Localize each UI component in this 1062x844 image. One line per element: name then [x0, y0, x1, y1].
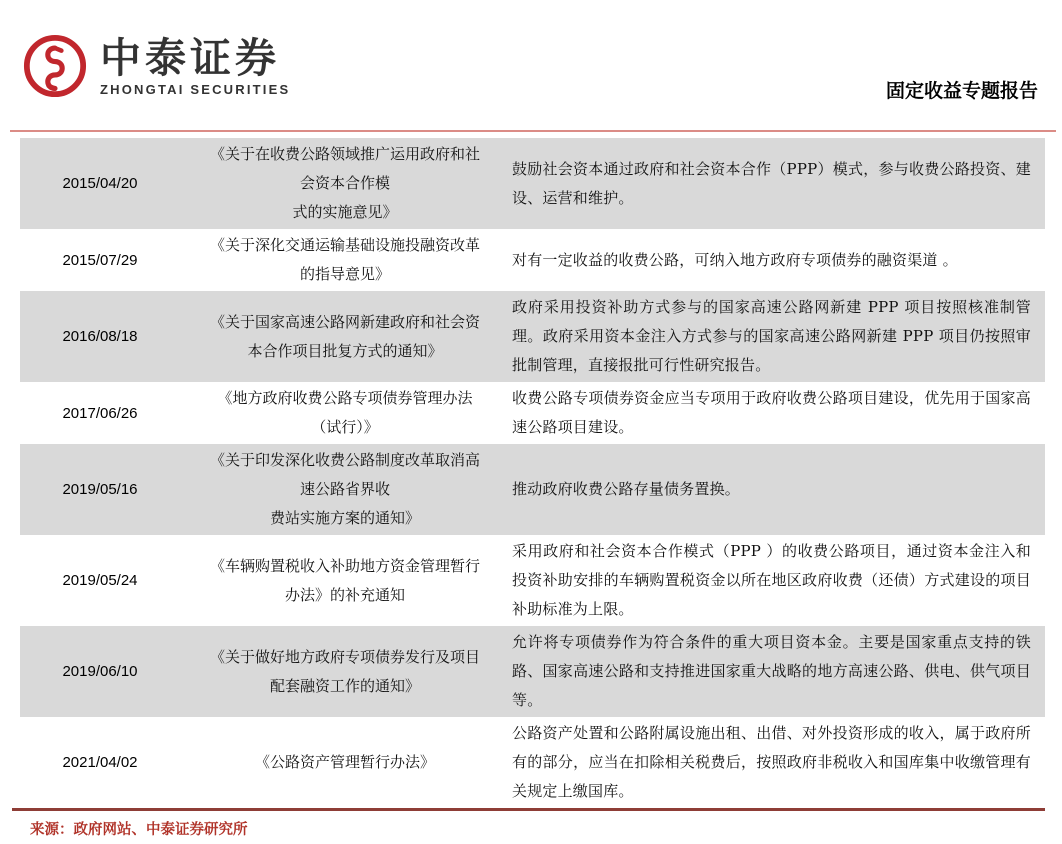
table-row: 2016/08/18 《关于国家高速公路网新建政府和社会资 本合作项目批复方式的…: [20, 291, 1045, 382]
policy-cell: 《车辆购置税收入补助地方资金管理暂行 办法》的补充通知: [180, 552, 510, 610]
policy-cell: 《关于深化交通运输基础设施投融资改革 的指导意见》: [180, 231, 510, 289]
policy-cell: 《关于印发深化收费公路制度改革取消高 速公路省界收 费站实施方案的通知》: [180, 446, 510, 533]
header-divider: [10, 130, 1056, 132]
page-header: 中泰证券 ZHONGTAI SECURITIES 固定收益专题报告: [0, 0, 1062, 132]
desc-cell: 鼓励社会资本通过政府和社会资本合作（PPP）模式，参与收费公路投资、建设、运营和…: [510, 155, 1045, 213]
desc-cell: 对有一定收益的收费公路，可纳入地方政府专项债券的融资渠道 。: [510, 246, 1045, 275]
date-cell: 2019/06/10: [20, 663, 180, 680]
zhongtai-logo: 中泰证券 ZHONGTAI SECURITIES: [23, 34, 290, 98]
policy-cell: 《公路资产管理暂行办法》: [180, 748, 510, 777]
date-cell: 2019/05/24: [20, 572, 180, 589]
desc-cell: 允许将专项债券作为符合条件的重大项目资本金。主要是国家重点支持的铁路、国家高速公…: [510, 628, 1045, 715]
desc-cell: 政府采用投资补助方式参与的国家高速公路网新建 PPP 项目按照核准制管理。政府采…: [510, 293, 1045, 380]
table-row: 2021/04/02 《公路资产管理暂行办法》 公路资产处置和公路附属设施出租、…: [20, 717, 1045, 808]
table-row: 2015/07/29 《关于深化交通运输基础设施投融资改革 的指导意见》 对有一…: [20, 229, 1045, 291]
date-cell: 2016/08/18: [20, 328, 180, 345]
table-row: 2019/05/16 《关于印发深化收费公路制度改革取消高 速公路省界收 费站实…: [20, 444, 1045, 535]
logo-cn-text: 中泰证券: [100, 36, 290, 80]
desc-cell: 公路资产处置和公路附属设施出租、出借、对外投资形成的收入，属于政府所有的部分，应…: [510, 719, 1045, 806]
logo-text-block: 中泰证券 ZHONGTAI SECURITIES: [100, 34, 290, 97]
policy-cell: 《地方政府收费公路专项债券管理办法 （试行）》: [180, 384, 510, 442]
policy-cell: 《关于在收费公路领域推广运用政府和社 会资本合作模 式的实施意见》: [180, 140, 510, 227]
policy-cell: 《关于国家高速公路网新建政府和社会资 本合作项目批复方式的通知》: [180, 308, 510, 366]
date-cell: 2015/04/20: [20, 175, 180, 192]
date-cell: 2015/07/29: [20, 252, 180, 269]
source-note: 来源：政府网站、中泰证券研究所: [30, 818, 1062, 839]
logo-en-text: ZHONGTAI SECURITIES: [100, 82, 290, 97]
desc-cell: 采用政府和社会资本合作模式（PPP ）的收费公路项目，通过资本金注入和投资补助安…: [510, 537, 1045, 624]
desc-cell: 推动政府收费公路存量债务置换。: [510, 475, 1045, 504]
policy-cell: 《关于做好地方政府专项债券发行及项目 配套融资工作的通知》: [180, 643, 510, 701]
table-row: 2019/06/10 《关于做好地方政府专项债券发行及项目 配套融资工作的通知》…: [20, 626, 1045, 717]
zhongtai-logo-icon: [23, 34, 87, 98]
desc-cell: 收费公路专项债券资金应当专项用于政府收费公路项目建设，优先用于国家高速公路项目建…: [510, 384, 1045, 442]
date-cell: 2021/04/02: [20, 754, 180, 771]
policy-table: 2015/04/20 《关于在收费公路领域推广运用政府和社 会资本合作模 式的实…: [20, 138, 1045, 808]
table-row: 2015/04/20 《关于在收费公路领域推广运用政府和社 会资本合作模 式的实…: [20, 138, 1045, 229]
date-cell: 2017/06/26: [20, 405, 180, 422]
report-type-label: 固定收益专题报告: [886, 76, 1038, 103]
table-row: 2017/06/26 《地方政府收费公路专项债券管理办法 （试行）》 收费公路专…: [20, 382, 1045, 444]
date-cell: 2019/05/16: [20, 481, 180, 498]
table-row: 2019/05/24 《车辆购置税收入补助地方资金管理暂行 办法》的补充通知 采…: [20, 535, 1045, 626]
table-bottom-divider: [12, 808, 1045, 811]
